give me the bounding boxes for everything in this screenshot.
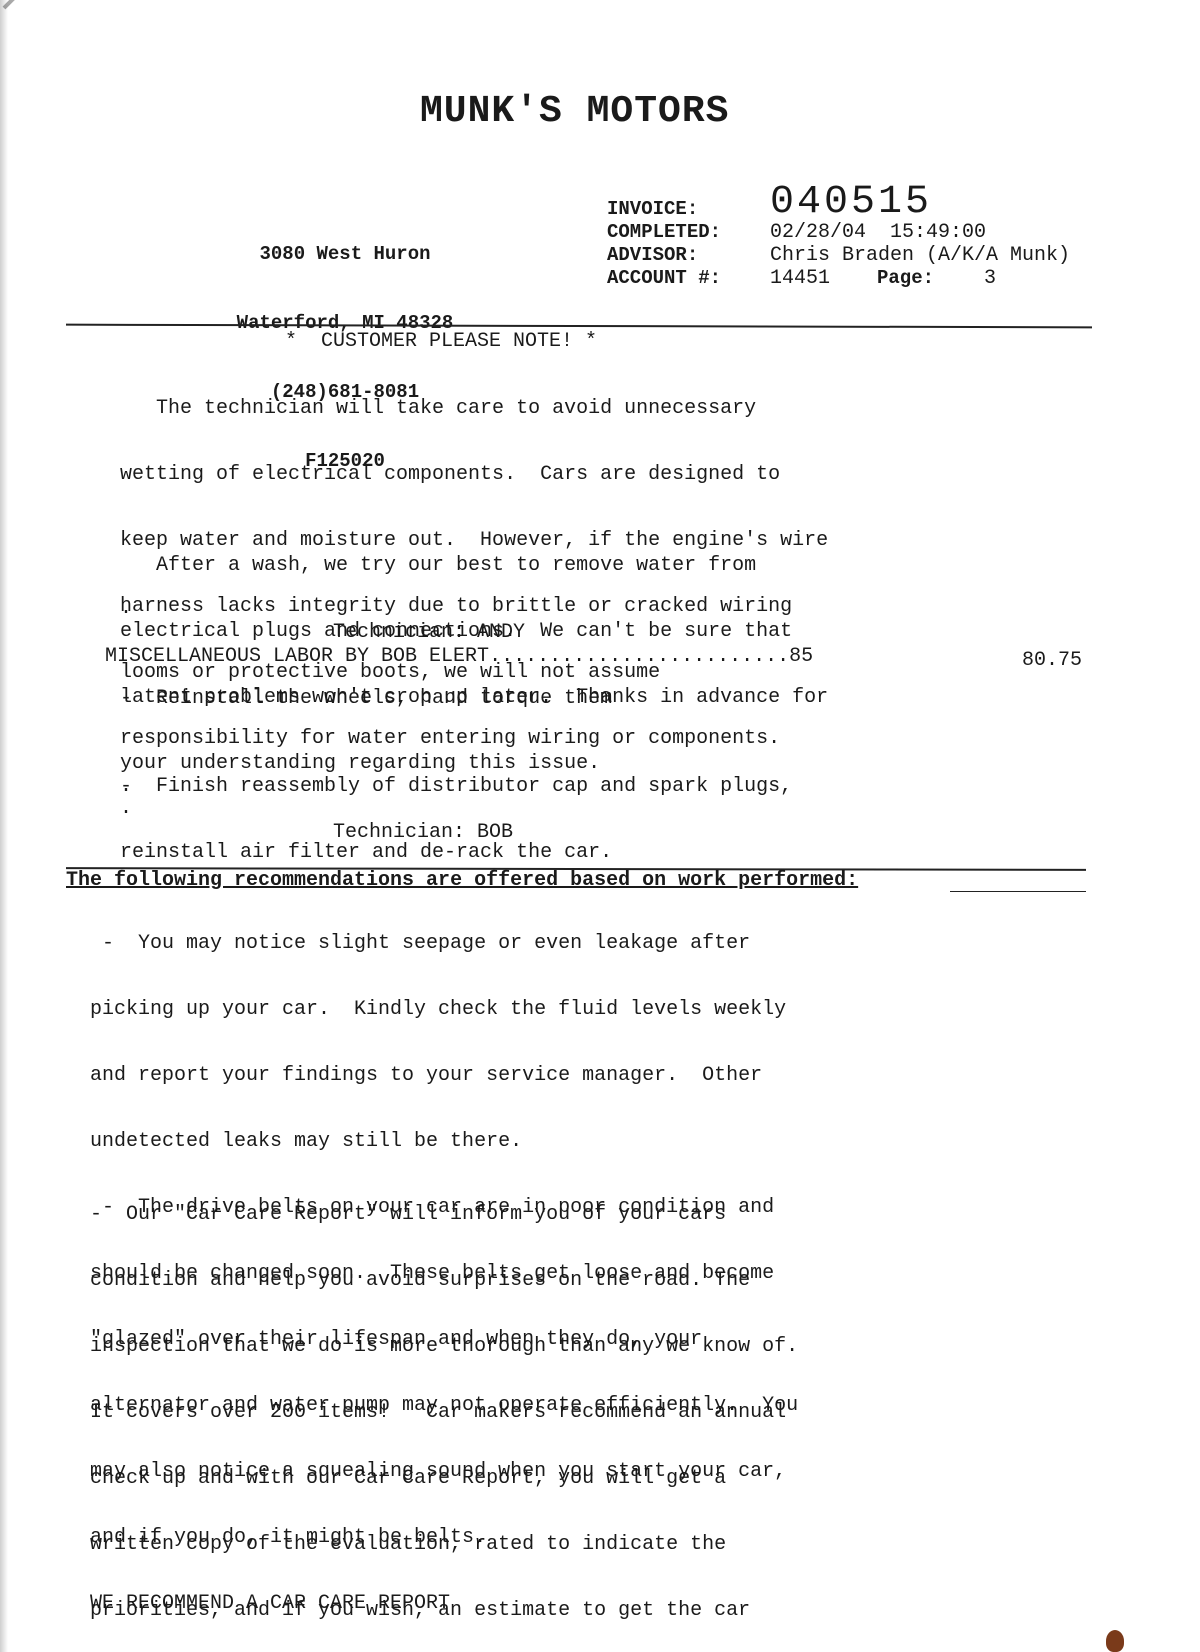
completed-datetime: 02/28/04 15:49:00 [770, 221, 986, 244]
car-care-line: priorities, and if you wish, an estimate… [90, 1600, 798, 1622]
notice-dot: . [120, 598, 132, 620]
notice-line: After a wash, we try our best to remove … [120, 555, 828, 577]
page-label: Page: [877, 267, 934, 290]
labor-item-line: reinstall air filter and de-rack the car… [120, 842, 792, 864]
labor-item-reinstall-wheels: - Reinstall the wheels, hand torque them [120, 688, 612, 710]
notice-line: wetting of electrical components. Cars a… [120, 464, 828, 486]
notice-line: The technician will take care to avoid u… [120, 398, 828, 420]
completed-label: COMPLETED: [607, 221, 721, 244]
paper-stain [1106, 1630, 1124, 1652]
recommendations-heading-rule [950, 891, 1086, 892]
car-care-line: inspection that we do is more thorough t… [90, 1336, 798, 1358]
labor-item-line: - Finish reassembly of distributor cap a… [120, 776, 792, 798]
invoice-label: INVOICE: [607, 198, 698, 221]
address-line-street: 3080 West Huron [200, 243, 490, 266]
labor-dot: . [120, 776, 132, 798]
account-label: ACCOUNT #: [607, 267, 721, 290]
technician-andy: Technician: ANDY [333, 622, 525, 644]
car-care-line: It covers over 200 items! Car makers rec… [90, 1402, 798, 1424]
technician-bob: Technician: BOB [333, 822, 513, 844]
page-number: 3 [984, 267, 996, 290]
labor-line-description: MISCELLANEOUS LABOR BY BOB ELERT........… [105, 646, 813, 668]
car-care-line: - Our "Car Care Report" will inform you … [90, 1204, 798, 1226]
car-care-line: check up and with our Car Care Report, y… [90, 1468, 798, 1490]
recommendation-line: undetected leaks may still be there. [90, 1131, 798, 1153]
account-number: 14451 [770, 267, 830, 290]
recommendation-line: - You may notice slight seepage or even … [90, 933, 798, 955]
business-name: MUNK'S MOTORS [420, 90, 729, 133]
car-care-report-paragraph: - Our "Car Care Report" will inform you … [90, 1160, 798, 1644]
invoice-number: 040515 [770, 180, 932, 225]
labor-dot: . [120, 798, 132, 820]
page-fold-mark [3, 0, 84, 9]
recommendation-line: and report your findings to your service… [90, 1065, 798, 1087]
scan-edge-shadow [0, 0, 8, 1652]
car-care-line: written copy of the evaluation, rated to… [90, 1534, 798, 1556]
advisor-name: Chris Braden (A/K/A Munk) [770, 244, 1070, 267]
recommendation-line: picking up your car. Kindly check the fl… [90, 999, 798, 1021]
labor-item-reassembly: - Finish reassembly of distributor cap a… [120, 732, 792, 886]
notice-title: * CUSTOMER PLEASE NOTE! * [285, 331, 597, 353]
car-care-line: condition and help you avoid surprises o… [90, 1270, 798, 1292]
labor-line-amount: 80.75 [1022, 650, 1082, 672]
advisor-label: ADVISOR: [607, 244, 698, 267]
